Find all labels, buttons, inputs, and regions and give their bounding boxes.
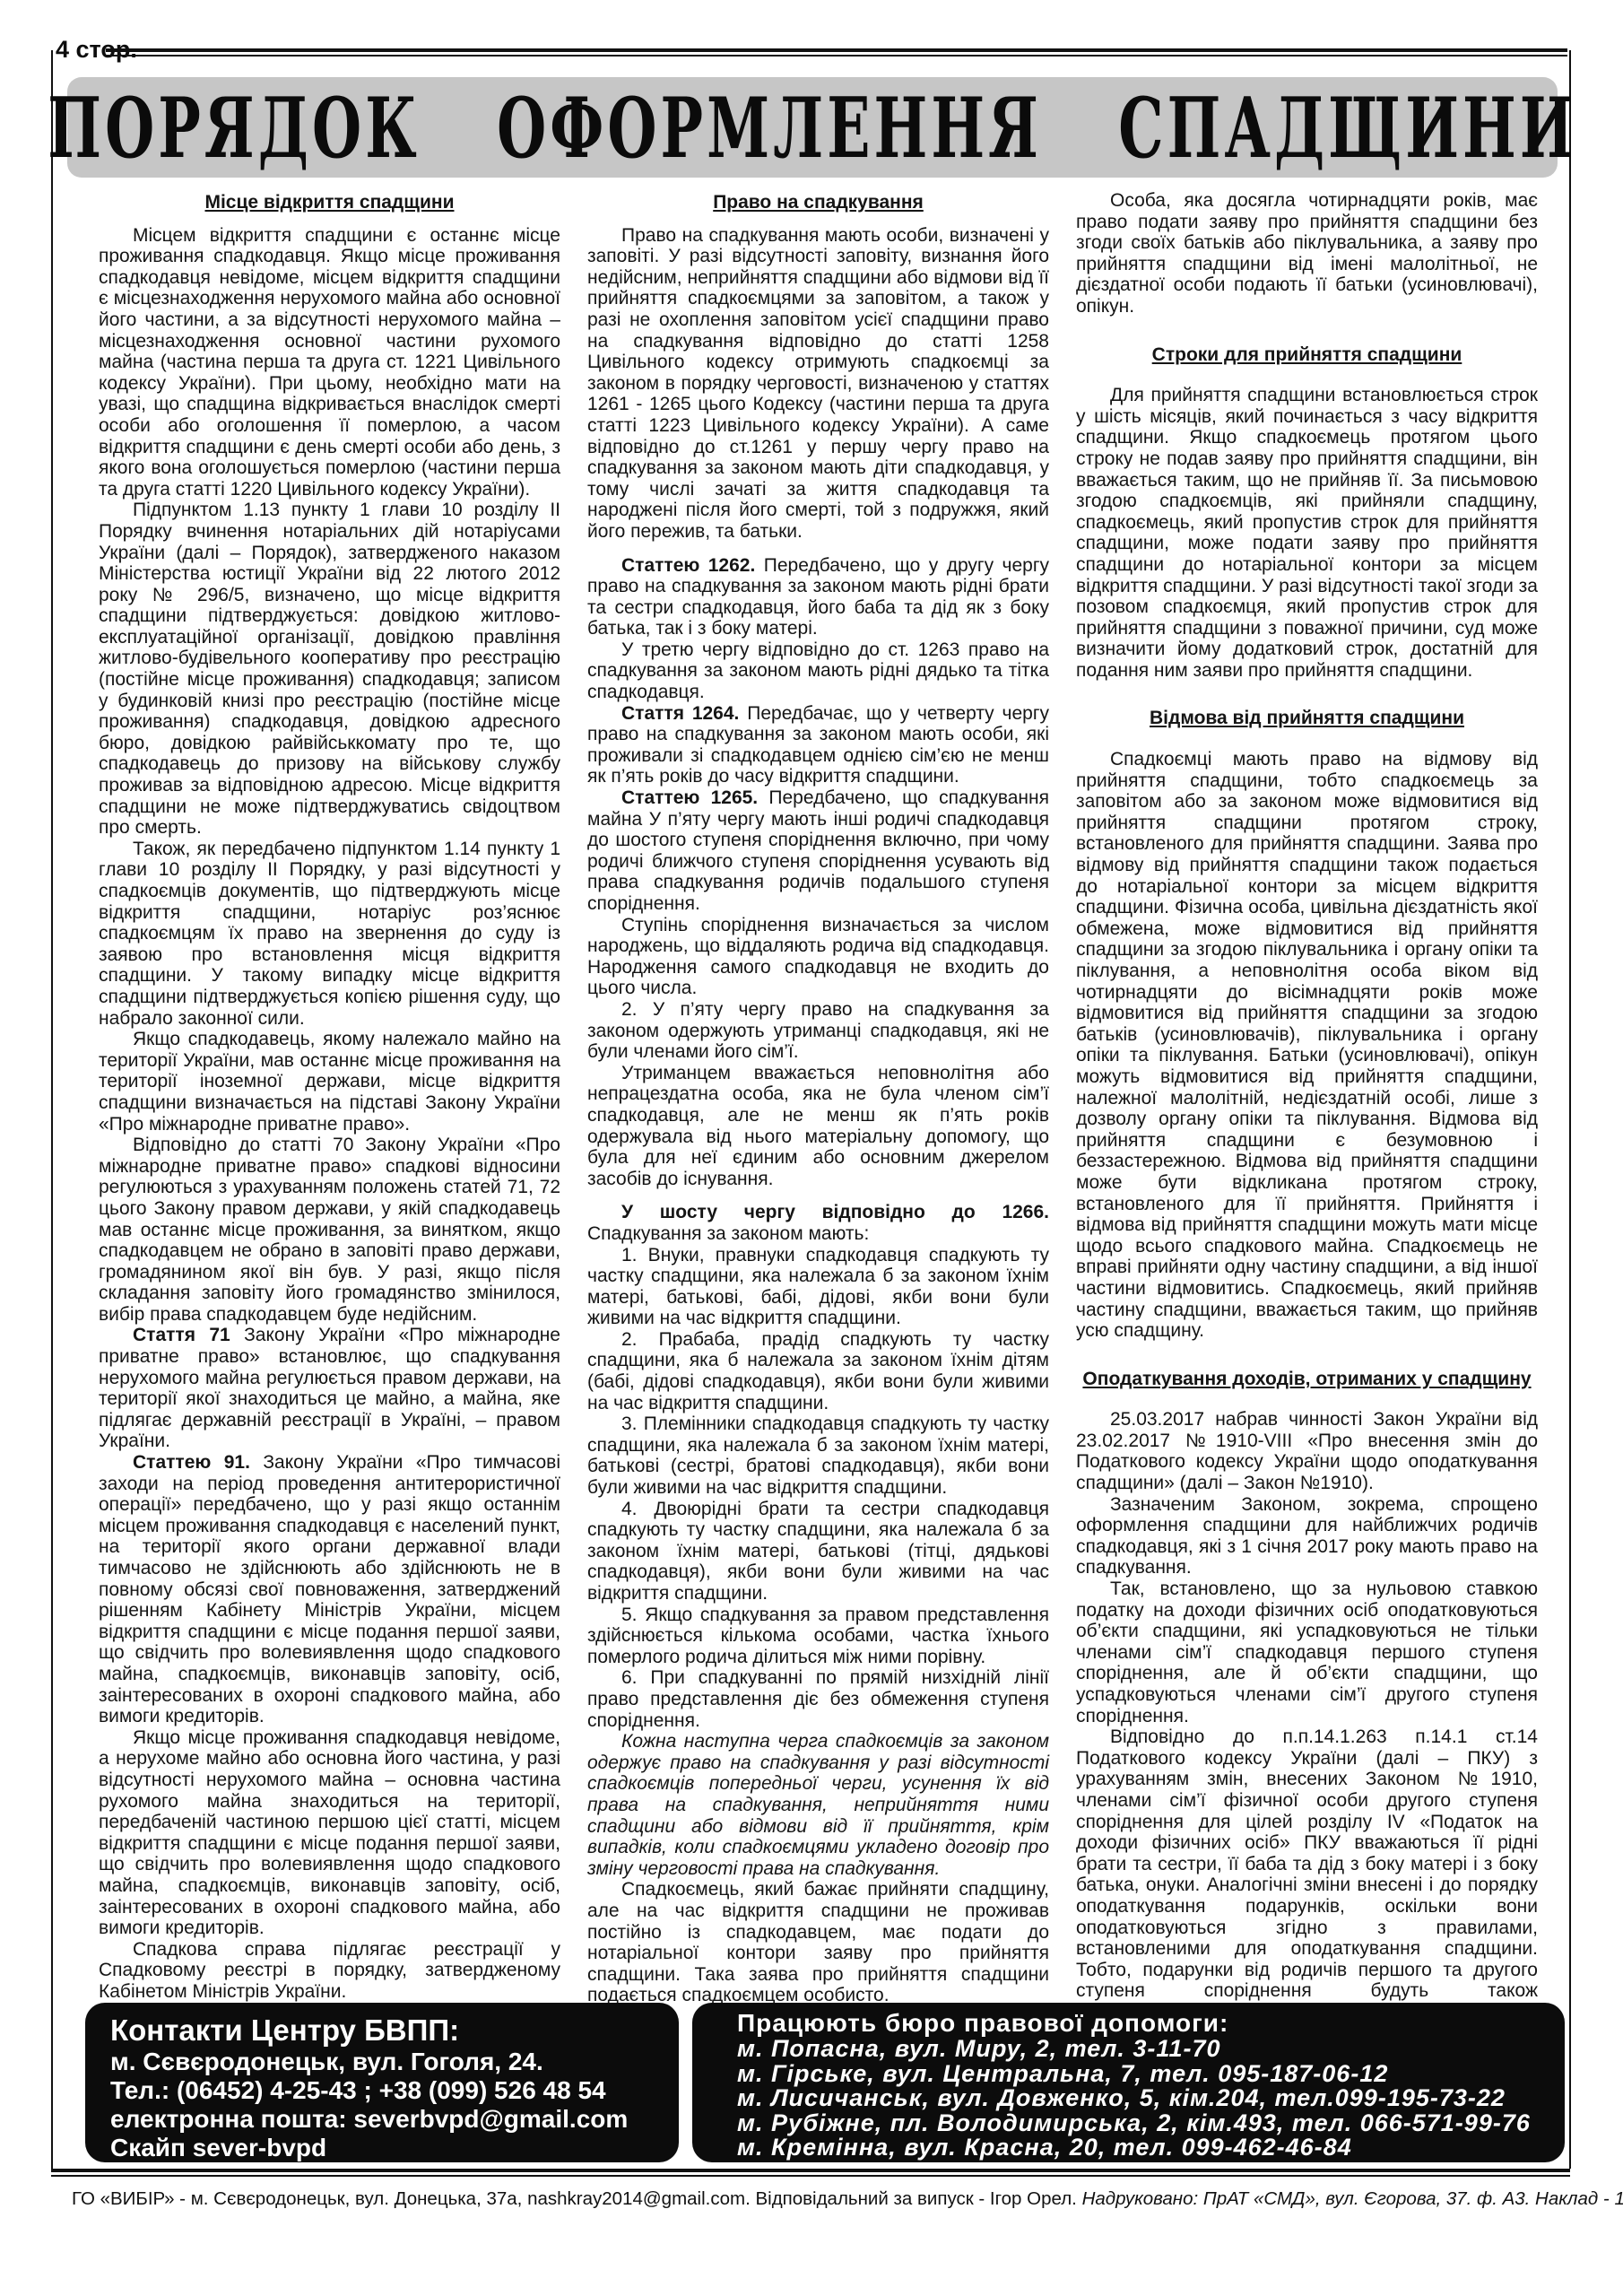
contact-line: Скайп sever-bvpd [110, 2134, 670, 2162]
article-columns: Місце відкриття спадщиниМісцем відкриття… [99, 190, 1538, 2067]
paragraph-lead: Статтею 1265. [621, 787, 758, 808]
paragraph: Також, як передбачено підпунктом 1.14 пу… [99, 839, 560, 1029]
section-heading: Відмова від прийняття спадщини [1076, 708, 1538, 729]
paragraph: 1. Внуки, правнуки спадкодавця спадкують… [587, 1245, 1049, 1329]
paragraph: Статтею 1265. Передбачено, що спадкуванн… [587, 787, 1049, 915]
section-heading: Право на спадкування [587, 192, 1049, 213]
section-heading-text: Строки для прийняття спадщини [1152, 344, 1462, 365]
paragraph: Статтею 1262. Передбачено, що у другу че… [587, 555, 1049, 639]
paragraph: 25.03.2017 набрав чинності Закон України… [1076, 1409, 1538, 1493]
top-rule [106, 48, 1567, 57]
page-frame-right [1569, 50, 1571, 2169]
article-title: ПОРЯДОК ОФОРМЛЕННЯ СПАДЩИНИ [48, 78, 1576, 177]
paragraph: Утриманцем вважається неповнолітня або н… [587, 1063, 1049, 1190]
article-column-1: Місце відкриття спадщиниМісцем відкриття… [99, 190, 560, 2067]
bureau-line: м. Гірське, вул. Центральна, 7, тел. 095… [737, 2062, 1556, 2087]
section-heading-text: Відмова від прийняття спадщини [1150, 708, 1464, 728]
paragraph: 5. Якщо спадкування за правом представле… [587, 1605, 1049, 1668]
bureau-line: м. Кремінна, вул. Красна, 20, тел. 099-4… [737, 2135, 1556, 2161]
contact-line: Тел.: (06452) 4-25-43 ; +38 (099) 526 48… [110, 2076, 670, 2105]
paragraph: Статтею 91. Закону України «Про тимчасов… [99, 1452, 560, 1727]
paragraph: Кожна наступна черга спадкоємців за зако… [587, 1731, 1049, 1879]
contact-block-center: Контакти Центру БВПП: м. Сєвєродонецьк, … [85, 2003, 679, 2162]
page-frame-left [51, 50, 53, 2169]
paragraph: Місцем відкриття спадщини є останнє місц… [99, 225, 560, 500]
paragraph-lead: Стаття 1264. [621, 703, 739, 724]
section-heading-text: Місце відкриття спадщини [204, 192, 454, 213]
paragraph: Стаття 71 Закону України «Про міжнародне… [99, 1325, 560, 1452]
paragraph: 2. Прабаба, прадід спадкують ту частку с… [587, 1329, 1049, 1413]
article-column-2: Право на спадкуванняПраво на спадкування… [587, 190, 1049, 2067]
paragraph: Відповідно до статті 70 Закону України «… [99, 1135, 560, 1325]
paragraph: Спадкоємець, який бажає прийняти спадщин… [587, 1879, 1049, 2006]
article-column-3: Особа, яка досягла чотирнадцяти років, м… [1076, 190, 1538, 2067]
paragraph: У третю чергу відповідно до ст. 1263 пра… [587, 639, 1049, 703]
paragraph: У шосту чергу відповідно до 1266. Спадку… [587, 1202, 1049, 1244]
imprint-footer: ГО «ВИБІР» - м. Сєвєродонецьк, вул. Доне… [72, 2188, 1551, 2210]
contact-block-bureaus: Працюють бюро правової допомоги: м. Попа… [692, 2003, 1565, 2162]
paragraph: 3. Племінники спадкодавця спадкують ту ч… [587, 1413, 1049, 1498]
contact-line: м. Сєвєродонецьк, вул. Гоголя, 24. [110, 2048, 670, 2076]
section-heading: Місце відкриття спадщини [99, 192, 560, 213]
paragraph: 4. Двоюрідні брати та сестри спадкодавця… [587, 1499, 1049, 1605]
paragraph-lead: У шосту чергу відповідно до 1266. [621, 1202, 1049, 1222]
paragraph: Ступінь споріднення визначається за числ… [587, 915, 1049, 999]
paragraph: 6. При спадкуванні по прямій низхідній л… [587, 1667, 1049, 1731]
section-heading-text: Право на спадкування [713, 192, 924, 213]
imprint-text: ГО «ВИБІР» - м. Сєвєродонецьк, вул. Доне… [72, 2188, 1082, 2209]
bottom-rule [51, 2169, 1570, 2177]
paragraph: Якщо спадкодавець, якому належало майно … [99, 1029, 560, 1135]
paragraph: Для прийняття спадщини встановлюється ст… [1076, 385, 1538, 681]
bureau-line: м. Лисичанськ, вул. Довженко, 5, кім.204… [737, 2086, 1556, 2111]
contact-block-title: Контакти Центру БВПП: [110, 2013, 670, 2048]
paragraph-lead: Статтею 1262. [621, 555, 755, 576]
paragraph: Спадкова справа підлягає реєстрації у Сп… [99, 1939, 560, 2003]
bureau-block-title: Працюють бюро правової допомоги: [737, 2010, 1556, 2037]
bureau-line: м. Попасна, вул. Миру, 2, тел. 3-11-70 [737, 2037, 1556, 2062]
section-heading-text: Оподаткування доходів, отриманих у спадщ… [1082, 1369, 1531, 1389]
paragraph: Так, встановлено, що за нульовою ставкою… [1076, 1578, 1538, 1726]
paragraph: Якщо місце проживання спадкодавця невідо… [99, 1727, 560, 1939]
article-title-bar: ПОРЯДОК ОФОРМЛЕННЯ СПАДЩИНИ [67, 77, 1558, 178]
paragraph: 2. У п’яту чергу право на спадкування за… [587, 999, 1049, 1063]
paragraph: Стаття 1264. Передбачає, що у четверту ч… [587, 703, 1049, 787]
paragraph: Право на спадкування мають особи, визнач… [587, 225, 1049, 543]
contact-line: електронна пошта: severbvpd@gmail.com [110, 2105, 670, 2134]
paragraph: Відповідно до п.п.14.1.263 п.14.1 ст.14 … [1076, 1726, 1538, 2022]
paragraph-lead: Стаття 71 [133, 1325, 230, 1345]
paragraph: Підпунктом 1.13 пункту 1 глави 10 розділ… [99, 500, 560, 839]
paragraph-lead: Статтею 91. [133, 1452, 250, 1473]
section-heading: Строки для прийняття спадщини [1076, 344, 1538, 366]
bureau-line: м. Рубіжне, пл. Володимирська, 2, кім.49… [737, 2111, 1556, 2136]
imprint-print-info: Надруковано: ПрАТ «СМД», вул. Єгорова, 3… [1082, 2188, 1623, 2209]
paragraph: Особа, яка досягла чотирнадцяти років, м… [1076, 190, 1538, 317]
section-heading: Оподаткування доходів, отриманих у спадщ… [1076, 1369, 1538, 1390]
paragraph: Спадкоємці мають право на відмову від пр… [1076, 749, 1538, 1342]
paragraph: Зазначеним Законом, зокрема, спрощено оф… [1076, 1494, 1538, 1578]
